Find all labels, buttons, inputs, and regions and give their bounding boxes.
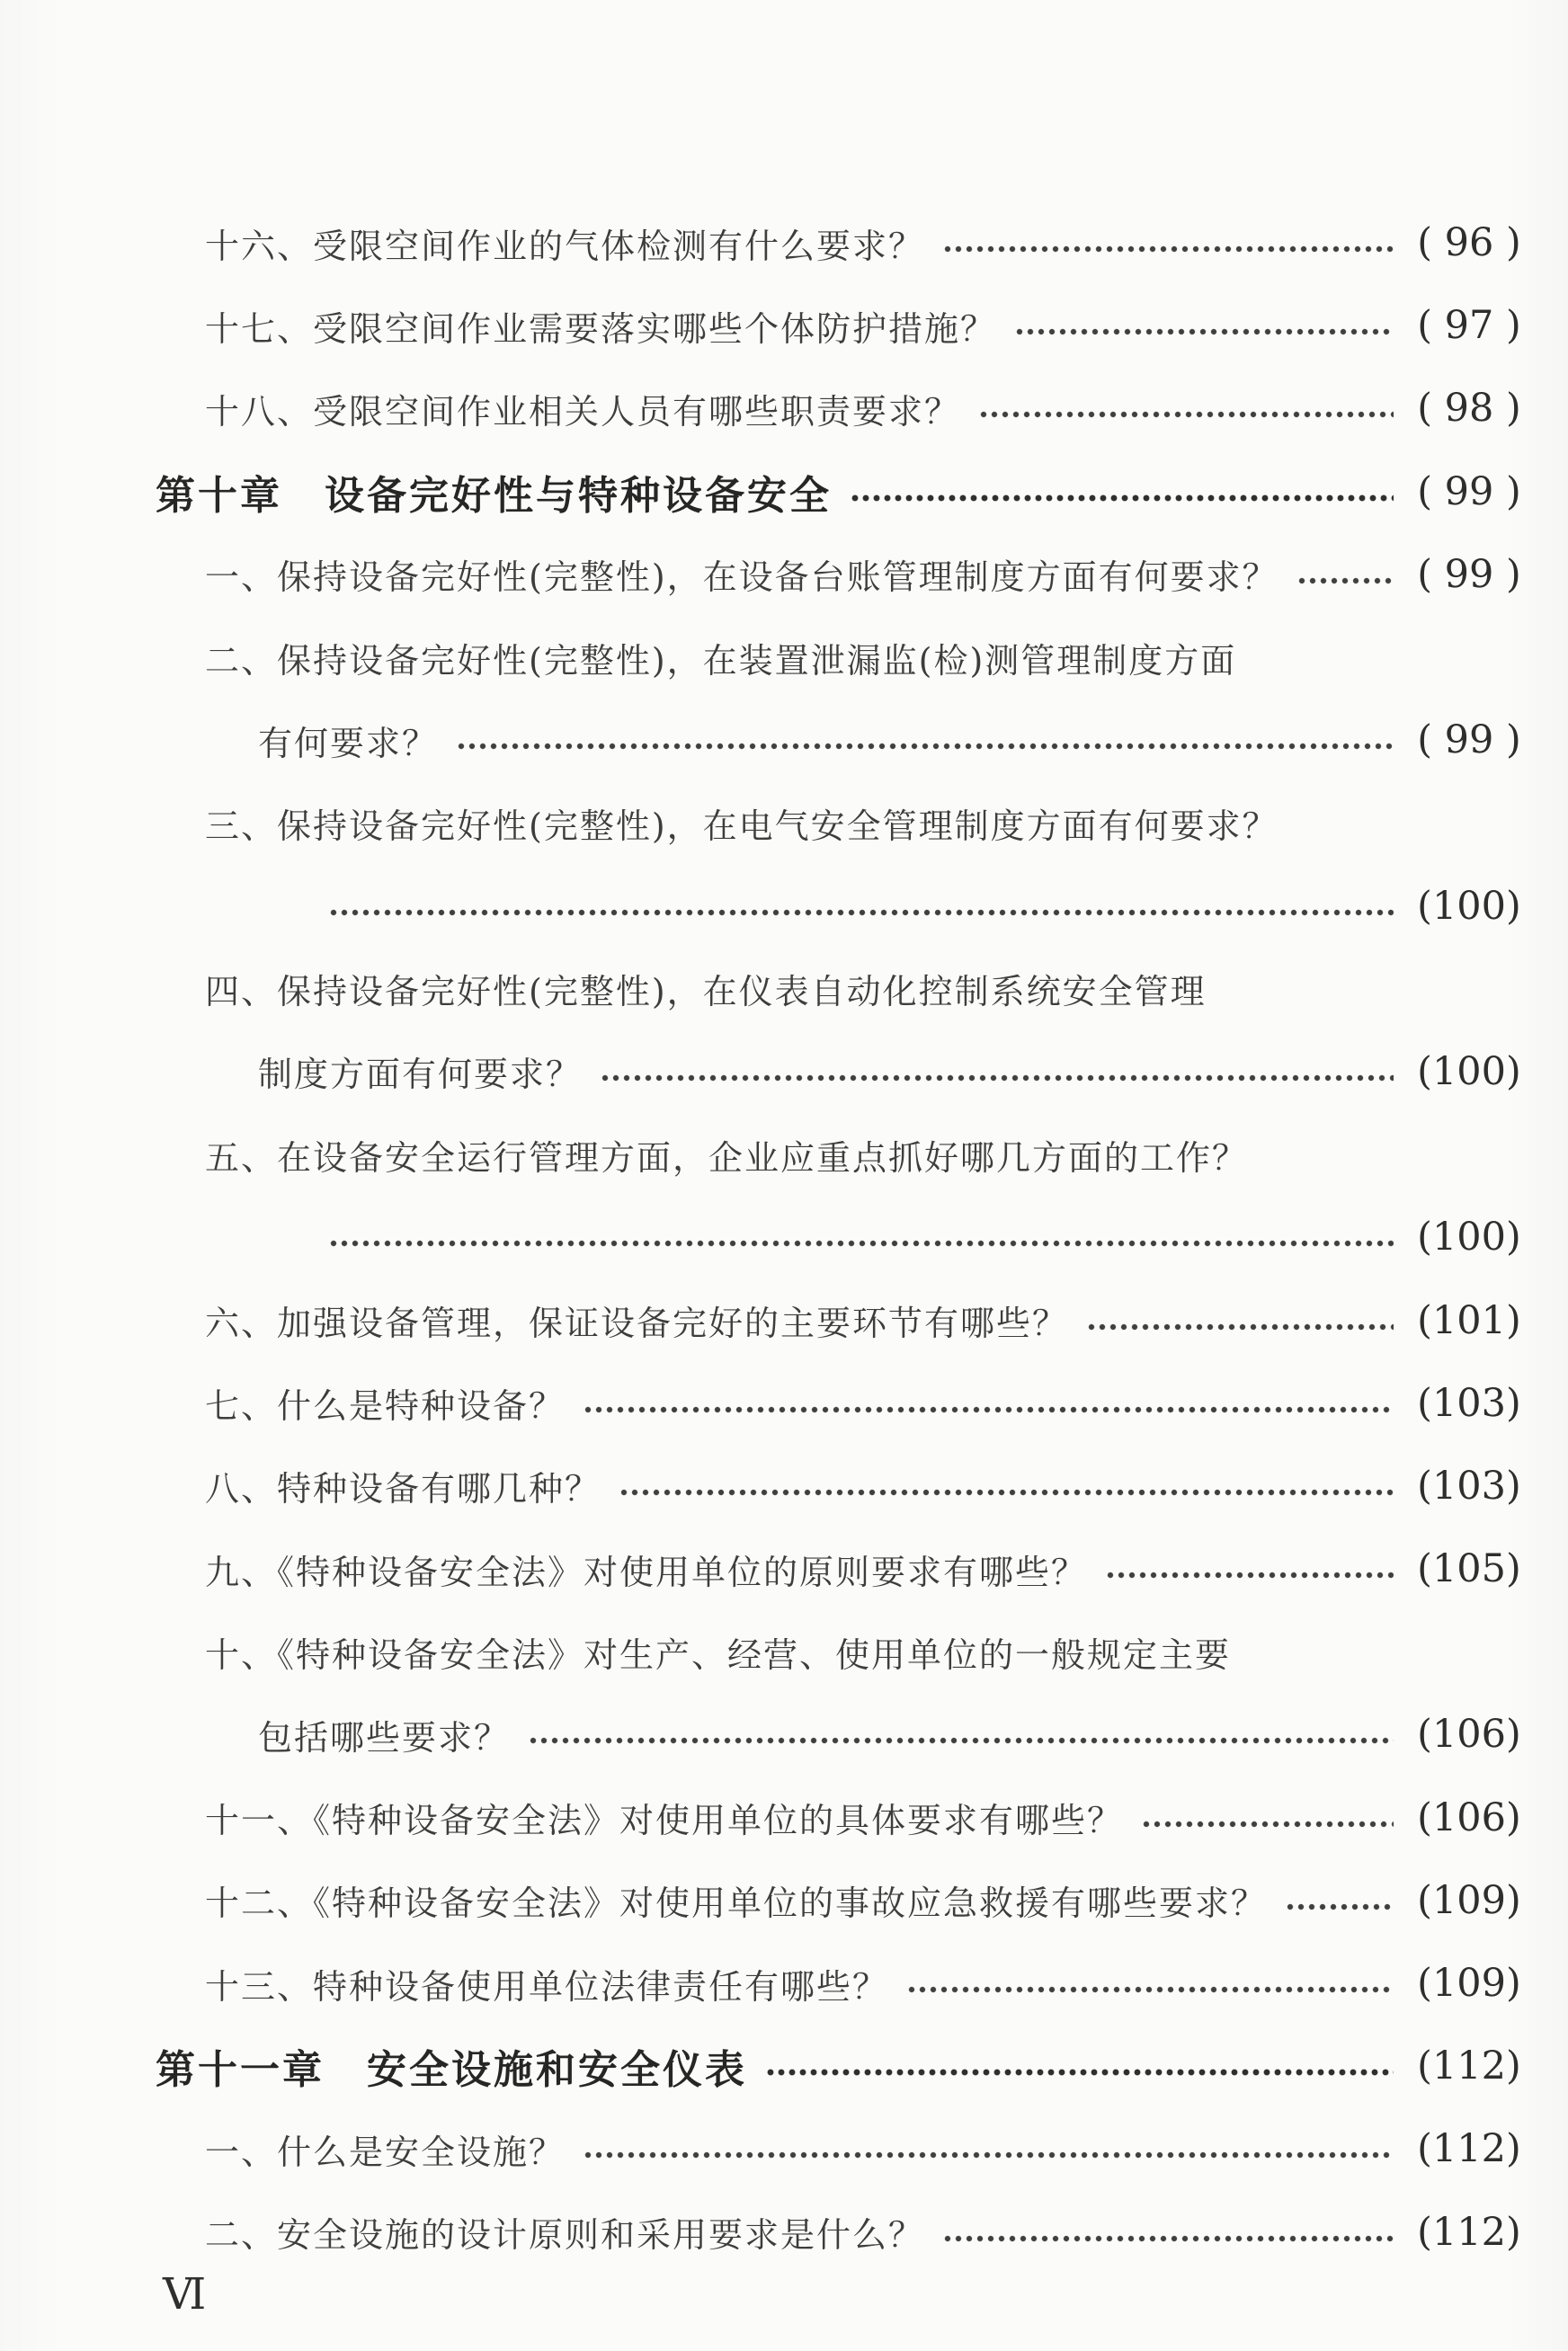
toc-row: 十三、特种设备使用单位法律责任有哪些？ (109) xyxy=(0,1942,1568,2025)
toc-row: 十六、受限空间作业的气体检测有什么要求？ ( 96 ) xyxy=(0,201,1568,284)
dot-leader xyxy=(906,1965,1394,2001)
dot-leader xyxy=(1086,1303,1394,1339)
dot-leader xyxy=(1285,1883,1394,1919)
toc-row: 五、在设备安全运行管理方面，企业应重点抓好哪几方面的工作？ xyxy=(0,1113,1568,1196)
dot-leader xyxy=(328,1219,1394,1255)
toc-row-text: 一、什么是安全设施？ xyxy=(205,2124,565,2174)
toc-row-text: 包括哪些要求？ xyxy=(258,1710,510,1759)
toc-list: 十六、受限空间作业的气体检测有什么要求？ ( 96 ) 十七、受限空间作业需要落… xyxy=(0,201,1568,2274)
dot-leader xyxy=(765,2048,1394,2084)
toc-row-page: (112) xyxy=(1403,2210,1536,2255)
dot-leader xyxy=(600,1054,1394,1090)
toc-row-text: 八、特种设备有哪几种？ xyxy=(205,1461,601,1510)
toc-row-text: 十一、《特种设备安全法》对使用单位的具体要求有哪些？ xyxy=(205,1793,1123,1842)
toc-row: 十七、受限空间作业需要落实哪些个体防护措施？ ( 97 ) xyxy=(0,284,1568,367)
toc-row-page: (106) xyxy=(1403,1795,1536,1840)
scanned-toc-page: 十六、受限空间作业的气体检测有什么要求？ ( 96 ) 十七、受限空间作业需要落… xyxy=(0,0,1568,2351)
toc-row-text: 二、保持设备完好性(完整性)，在装置泄漏监(检)测管理制度方面 xyxy=(205,633,1236,682)
toc-row-text: 七、什么是特种设备？ xyxy=(205,1378,565,1428)
toc-row-text: 十二、《特种设备安全法》对使用单位的事故应急救援有哪些要求？ xyxy=(205,1875,1267,1925)
toc-row: 二、保持设备完好性(完整性)，在装置泄漏监(检)测管理制度方面 xyxy=(0,616,1568,699)
toc-row-page: (103) xyxy=(1403,1464,1536,1509)
dot-leader xyxy=(942,2214,1394,2250)
toc-row-page: ( 98 ) xyxy=(1403,386,1536,431)
toc-row-page: ( 99 ) xyxy=(1403,717,1536,762)
toc-row-page: (112) xyxy=(1403,2126,1536,2171)
toc-row: 十八、受限空间作业相关人员有哪些职责要求？ ( 98 ) xyxy=(0,367,1568,450)
toc-row: 八、特种设备有哪几种？ (103) xyxy=(0,1445,1568,1527)
toc-row-text: 四、保持设备完好性(完整性)，在仪表自动化控制系统安全管理 xyxy=(205,964,1207,1013)
toc-row-page: (109) xyxy=(1403,1961,1536,2006)
dot-leader xyxy=(456,722,1394,758)
toc-row-page: ( 99 ) xyxy=(1403,552,1536,597)
dot-leader xyxy=(619,1468,1394,1504)
toc-row: (100) xyxy=(0,1196,1568,1278)
toc-row-text: 十八、受限空间作业相关人员有哪些职责要求？ xyxy=(205,384,960,433)
toc-row-text: 十六、受限空间作业的气体检测有什么要求？ xyxy=(205,218,924,268)
toc-row-page: (100) xyxy=(1403,1049,1536,1094)
toc-row-page: (103) xyxy=(1403,1381,1536,1426)
toc-row-text: 三、保持设备完好性(完整性)，在电气安全管理制度方面有何要求？ xyxy=(205,798,1278,848)
toc-row-text: 六、加强设备管理，保证设备完好的主要环节有哪些？ xyxy=(205,1296,1068,1345)
dot-leader xyxy=(1014,307,1394,343)
toc-row-page: (101) xyxy=(1403,1298,1536,1343)
toc-row-page: ( 99 ) xyxy=(1403,469,1536,514)
toc-row-page: ( 97 ) xyxy=(1403,303,1536,348)
toc-row-text: 十七、受限空间作业需要落实哪些个体防护措施？ xyxy=(205,301,996,351)
toc-row: 制度方面有何要求？ (100) xyxy=(0,1030,1568,1113)
toc-row: 第十章 设备完好性与特种设备安全 ( 99 ) xyxy=(0,450,1568,533)
toc-row: 十、《特种设备安全法》对生产、经营、使用单位的一般规定主要 xyxy=(0,1610,1568,1693)
dot-leader xyxy=(528,1716,1394,1752)
toc-row-page: (106) xyxy=(1403,1712,1536,1757)
dot-leader xyxy=(1105,1551,1394,1587)
toc-row-text: 十、《特种设备安全法》对生产、经营、使用单位的一般规定主要 xyxy=(205,1627,1231,1677)
toc-row: 六、加强设备管理，保证设备完好的主要环节有哪些？ (101) xyxy=(0,1278,1568,1361)
toc-row: 四、保持设备完好性(完整性)，在仪表自动化控制系统安全管理 xyxy=(0,948,1568,1030)
toc-row-page: ( 96 ) xyxy=(1403,220,1536,265)
toc-row: 三、保持设备完好性(完整性)，在电气安全管理制度方面有何要求？ xyxy=(0,781,1568,864)
toc-row: (100) xyxy=(0,865,1568,948)
toc-row: 第十一章 安全设施和安全仪表 (112) xyxy=(0,2025,1568,2107)
toc-row-text: 十三、特种设备使用单位法律责任有哪些？ xyxy=(205,1959,888,2008)
toc-row: 一、保持设备完好性(完整性)，在设备台账管理制度方面有何要求？ ( 99 ) xyxy=(0,533,1568,616)
dot-leader xyxy=(1296,557,1394,592)
dot-leader xyxy=(850,474,1394,510)
toc-row-page: (100) xyxy=(1403,1215,1536,1260)
toc-row: 包括哪些要求？ (106) xyxy=(0,1693,1568,1776)
dot-leader xyxy=(942,225,1394,261)
dot-leader xyxy=(583,1385,1394,1421)
toc-row-page: (105) xyxy=(1403,1546,1536,1591)
toc-row-text: 第十章 设备完好性与特种设备安全 xyxy=(156,463,832,521)
toc-row: 有何要求？ ( 99 ) xyxy=(0,699,1568,781)
toc-row-page: (112) xyxy=(1403,2044,1536,2088)
toc-row: 七、什么是特种设备？ (103) xyxy=(0,1362,1568,1445)
toc-row: 一、什么是安全设施？ (112) xyxy=(0,2107,1568,2190)
toc-row-text: 二、安全设施的设计原则和采用要求是什么？ xyxy=(205,2207,924,2257)
toc-row: 十一、《特种设备安全法》对使用单位的具体要求有哪些？ (106) xyxy=(0,1777,1568,1859)
dot-leader xyxy=(1141,1800,1394,1836)
toc-row-text: 第十一章 安全设施和安全仪表 xyxy=(156,2037,747,2095)
toc-row-text: 五、在设备安全运行管理方面，企业应重点抓好哪几方面的工作？ xyxy=(205,1130,1248,1180)
toc-row-page: (109) xyxy=(1403,1878,1536,1923)
dot-leader xyxy=(978,390,1394,426)
toc-row-page: (100) xyxy=(1403,884,1536,929)
toc-row-text: 制度方面有何要求？ xyxy=(258,1046,582,1096)
toc-row-text: 有何要求？ xyxy=(258,716,438,765)
dot-leader xyxy=(328,888,1394,924)
toc-row: 二、安全设施的设计原则和采用要求是什么？ (112) xyxy=(0,2191,1568,2274)
toc-row: 十二、《特种设备安全法》对使用单位的事故应急救援有哪些要求？ (109) xyxy=(0,1859,1568,1942)
toc-row-text: 一、保持设备完好性(完整性)，在设备台账管理制度方面有何要求？ xyxy=(205,549,1278,599)
toc-row-text: 九、《特种设备安全法》对使用单位的原则要求有哪些？ xyxy=(205,1545,1087,1594)
toc-row: 九、《特种设备安全法》对使用单位的原则要求有哪些？ (105) xyxy=(0,1527,1568,1610)
dot-leader xyxy=(583,2131,1394,2167)
page-number-footer: Ⅵ xyxy=(163,2269,206,2320)
